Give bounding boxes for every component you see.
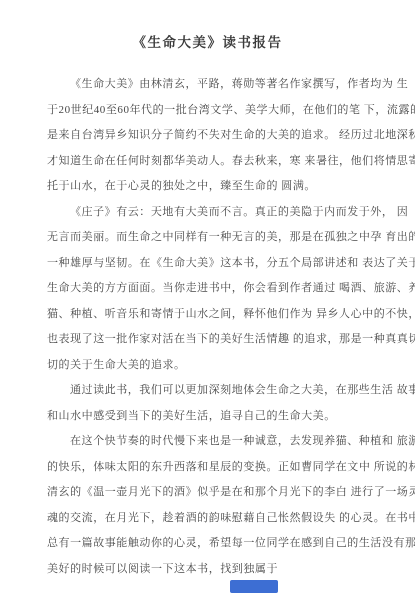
text-line: 总有一篇故事能触动你的心灵，希望每一位同学在感到自己的生活没有那么 [47,531,379,557]
text-line: 的快乐，体味太阳的东升西落和星辰的变换。正如曹同学在文中 所说的林 [47,455,379,481]
text-line: 是来自台湾异乡知识分子简约不失对生命的大美的追求。 经历过北地深秋， [47,123,379,149]
text-line: 在这个快节奏的时代慢下来也是一种诚意，去发现养猫、种植和 旅游 [47,429,379,455]
text-line: 无言而美丽。而生命之中同样有一种无言的美，那是在孤独之中孕 育出的 [47,225,379,251]
paragraph: 在这个快节奏的时代慢下来也是一种诚意，去发现养猫、种植和 旅游的快乐，体味太阳的… [47,429,379,582]
text-line: 于20世纪40至60年代的一批台湾文学、美学大师，在他们的笔 下，流露的 [47,98,379,124]
text-line: 清玄的《温一壶月光下的酒》似乎是在和那个月光下的李白 进行了一场灵 [47,480,379,506]
text-line: 托于山水，在于心灵的独处之中，臻至生命的 圆满。 [47,174,379,200]
paragraph: 《生命大美》由林清玄，平路，蒋勋等著名作家撰写，作者均为 生于20世纪40至60… [47,72,379,200]
document-title: 《生命大美》读书报告 [0,31,415,51]
text-line: 切的关于生命大美的追求。 [47,353,379,379]
text-line: 才知道生命在任何时刻都华美动人。春去秋来，寒 来暑往，他们将情思寄 [47,149,379,175]
page-badge[interactable] [230,580,278,593]
document-body: 《生命大美》由林清玄，平路，蒋勋等著名作家撰写，作者均为 生于20世纪40至60… [47,72,379,582]
paragraph: 《庄子》有云：天地有大美而不言。真正的美隐于内而发于外， 因无言而美丽。而生命之… [47,200,379,379]
text-line: 魂的交流，在月光下，趁着酒的韵味慰藉自己怅然假设失 的心灵。在书中 [47,506,379,532]
text-line: 和山水中感受到当下的美好生活，追寻自己的生命大美。 [47,404,379,430]
text-line: 猫、种植、听音乐和寄情于山水之间，释怀他们作为 异乡人心中的不快， [47,302,379,328]
text-line: 通过读此书，我们可以更加深刻地体会生命之大美，在那些生活 故事 [47,378,379,404]
text-line: 《生命大美》由林清玄，平路，蒋勋等著名作家撰写，作者均为 生 [47,72,379,98]
text-line: 美好的时候可以阅读一下这本书，找到独属于 [47,557,379,583]
text-line: 生命大美的方方面面。当你走进书中，你会看到作者通过 喝酒、旅游、养 [47,276,379,302]
document-page: 《生命大美》读书报告 《生命大美》由林清玄，平路，蒋勋等著名作家撰写，作者均为 … [0,0,415,600]
text-line: 也表现了这一批作家对活在当下的美好生活情趣 的追求，那是一种真真切 [47,327,379,353]
text-line: 一种雄厚与坚韧。在《生命大美》这本书，分五个局部讲述和 表达了关于 [47,251,379,277]
paragraph: 通过读此书，我们可以更加深刻地体会生命之大美，在那些生活 故事和山水中感受到当下… [47,378,379,429]
text-line: 《庄子》有云：天地有大美而不言。真正的美隐于内而发于外， 因 [47,200,379,226]
